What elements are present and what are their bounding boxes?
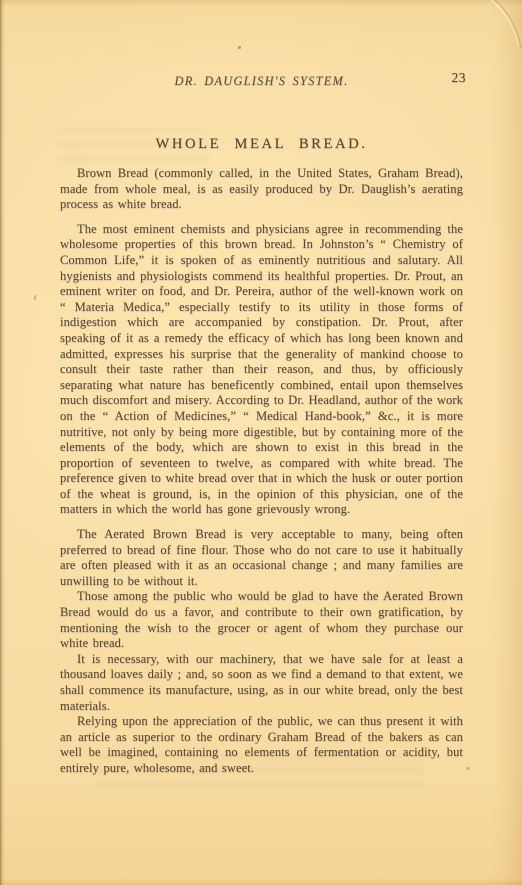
paper-speck (33, 295, 36, 300)
page-right-edge-shadow (492, 0, 522, 885)
page-top-edge-shadow (0, 0, 522, 6)
running-header: DR. DAUGLISH'S SYSTEM. 23 (60, 72, 463, 88)
paragraph-intro: Brown Bread (commonly called, in the Uni… (60, 166, 463, 213)
paragraph-acceptability: The Aerated Brown Bread is very acceptab… (60, 527, 463, 589)
page-spine-edge-shadow (0, 0, 5, 885)
paragraph-grocer-request: Those among the public who would be glad… (60, 589, 463, 651)
running-title: DR. DAUGLISH'S SYSTEM. (175, 74, 349, 88)
paragraph-closing: Relying upon the appreciation of the pub… (60, 714, 463, 776)
page-number: 23 (452, 70, 467, 86)
chapter-title: WHOLE MEAL BREAD. (60, 136, 463, 153)
paper-speck (466, 767, 470, 770)
paragraph-machinery-demand: It is necessary, with our machinery, tha… (60, 652, 463, 714)
paragraph-physicians-endorsement: The most eminent chemists and physicians… (60, 222, 463, 518)
paper-speck (238, 46, 241, 49)
page-bottom-edge-shadow (0, 878, 522, 885)
text-block: DR. DAUGLISH'S SYSTEM. 23 WHOLE MEAL BRE… (60, 72, 463, 777)
book-page-scan: DR. DAUGLISH'S SYSTEM. 23 WHOLE MEAL BRE… (0, 0, 522, 885)
